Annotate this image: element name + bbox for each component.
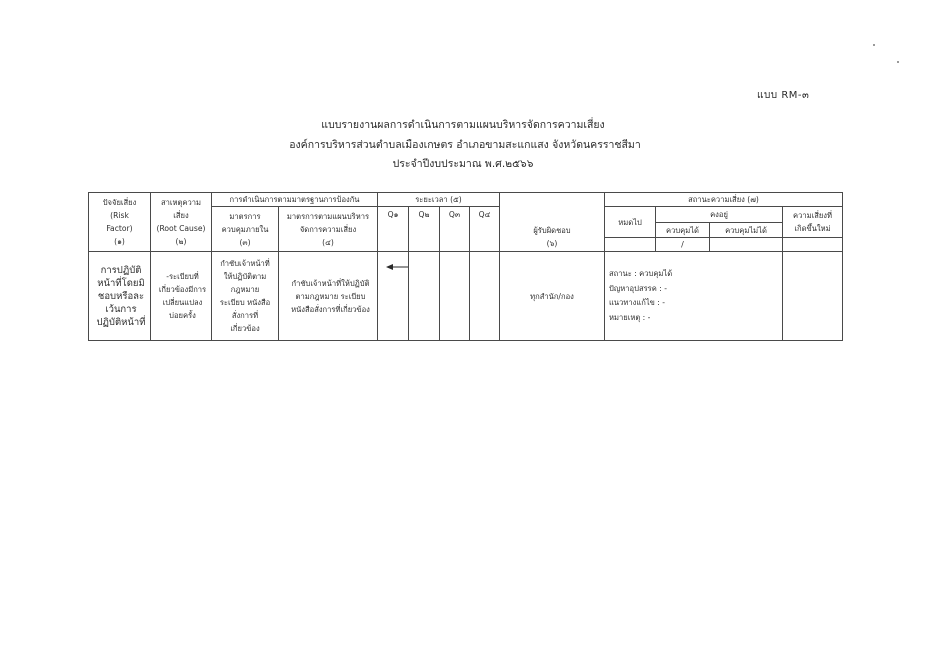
cell-q1 xyxy=(378,252,409,341)
header-plan-measures: มาตรการตามแผนบริหารจัดการความเสี่ยง (๔) xyxy=(279,207,378,252)
cell-responsible: ทุกสำนัก/กอง xyxy=(500,252,605,341)
cell-q2 xyxy=(409,252,440,341)
mark-new-risk xyxy=(783,238,843,252)
header-q2: Q๒ xyxy=(409,207,440,252)
header-standard-group: การดำเนินการตามมาตรฐานการป้องกัน xyxy=(212,193,378,207)
header-new-risk: ความเสี่ยงที่เกิดขึ้นใหม่ xyxy=(783,207,843,238)
cell-q3 xyxy=(440,252,470,341)
mark-uncontrollable xyxy=(710,238,783,252)
header-risk-factor: ปัจจัยเสี่ยง(Risk Factor)(๑) xyxy=(89,193,151,252)
header-internal-control: มาตรการควบคุมภายใน (๓) xyxy=(212,207,279,252)
header-remaining: คงอยู่ xyxy=(656,207,783,223)
cell-plan-measures: กำชับเจ้าหน้าที่ให้ปฏิบัติตามกฎหมาย ระเบ… xyxy=(279,252,378,341)
fiscal-year-title: ประจำปีงบประมาณ พ.ศ.๒๕๖๖ xyxy=(0,155,930,172)
mark-gone xyxy=(605,238,656,252)
cell-risk-factor: การปฏิบัติหน้าที่โดยมิ ชอบหรือละเว้นการ … xyxy=(89,252,151,341)
cell-new-risk xyxy=(783,252,843,341)
cell-internal-control: กำชับเจ้าหน้าที่ให้ปฏิบัติตาม กฎหมายระเบ… xyxy=(212,252,279,341)
scan-speck xyxy=(873,44,875,46)
form-code: แบบ RM-๓ xyxy=(757,88,809,103)
scan-speck xyxy=(897,61,899,63)
cell-status-details: สถานะ : ควบคุมได้ ปัญหาอุปสรรค : - แนวทา… xyxy=(605,252,783,341)
header-q4: Q๔ xyxy=(470,207,500,252)
cell-root-cause: -ระเบียบที่เกี่ยวข้องมีการ เปลี่ยนแปลงบ่… xyxy=(151,252,212,341)
timeframe-double-arrow-icon xyxy=(386,263,409,271)
header-responsible: ผู้รับผิดชอบ(๖) xyxy=(500,193,605,252)
table-row: การปฏิบัติหน้าที่โดยมิ ชอบหรือละเว้นการ … xyxy=(89,252,843,341)
report-title: แบบรายงานผลการดำเนินการตามแผนบริหารจัดกา… xyxy=(0,116,930,133)
header-root-cause: สาเหตุความเสี่ยง (Root Cause)(๒) xyxy=(151,193,212,252)
header-q1: Q๑ xyxy=(378,207,409,252)
risk-report-table: ปัจจัยเสี่ยง(Risk Factor)(๑) สาเหตุความเ… xyxy=(88,192,843,341)
header-gone: หมดไป xyxy=(605,207,656,238)
header-status-group: สถานะความเสี่ยง (๗) xyxy=(605,193,843,207)
organization-title: องค์การบริหารส่วนตำบลเมืองเกษตร อำเภอขาม… xyxy=(0,136,932,153)
header-uncontrollable: ควบคุมไม่ได้ xyxy=(710,223,783,238)
header-controllable: ควบคุมได้ xyxy=(656,223,710,238)
mark-controllable: / xyxy=(656,238,710,252)
cell-q4 xyxy=(470,252,500,341)
header-timeframe-group: ระยะเวลา (๕) xyxy=(378,193,500,207)
header-q3: Q๓ xyxy=(440,207,470,252)
